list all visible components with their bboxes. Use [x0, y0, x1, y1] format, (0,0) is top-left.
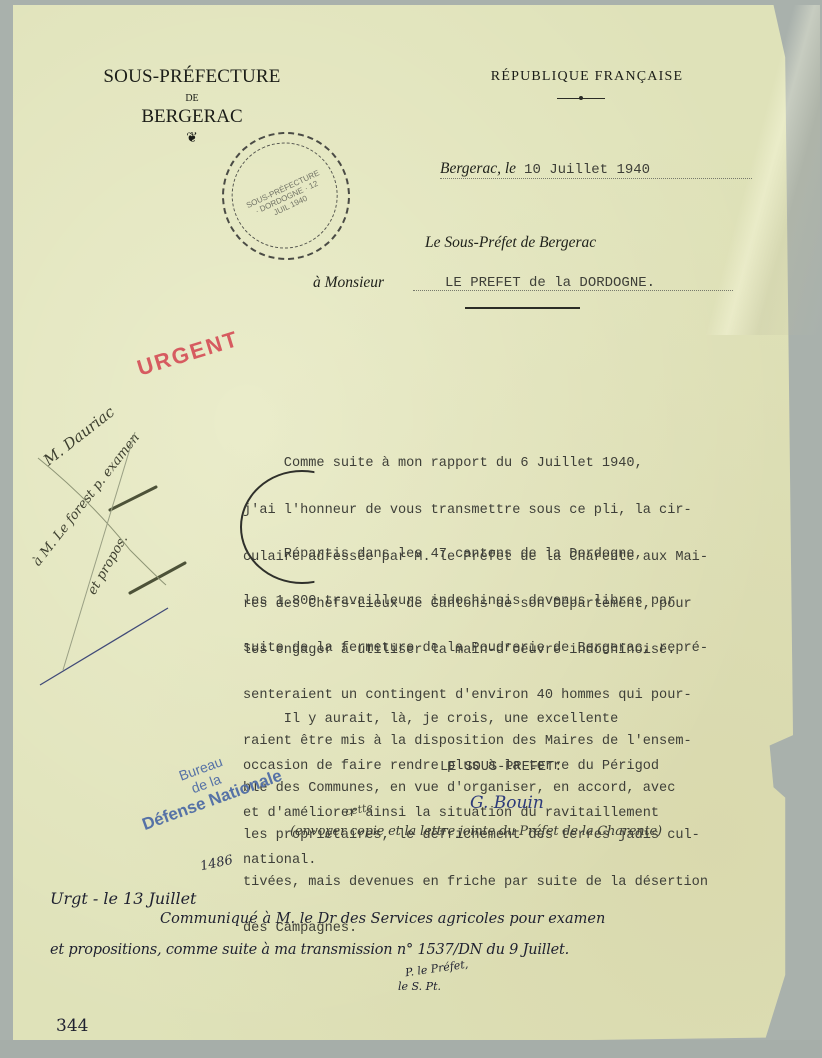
sender-line: Le Sous-Préfet de Bergerac — [425, 234, 596, 252]
recipient-line: à Monsieur LE PREFET de la DORDOGNE. — [313, 274, 733, 292]
margin-pencil-strokes — [30, 420, 250, 700]
body-line: et d'améliorer ainsi la situation du rav… — [243, 806, 659, 822]
body-line: les 1.800 travailleurs indochinois deven… — [243, 594, 708, 610]
office-line-2: DE — [92, 93, 292, 104]
annotation-sign-2: le S. Pt. — [398, 980, 441, 993]
recipient-name: LE PREFET de la DORDOGNE. — [413, 276, 733, 291]
office-line-1: SOUS-PRÉFECTURE — [92, 66, 292, 88]
annotation-line-2: Communiqué à M. le Dr des Services agric… — [160, 911, 605, 927]
body-line: Répartis dans les 47 cantons de la Dordo… — [243, 547, 708, 563]
copy-note: (envoyer copie et la lettre jointe du Pr… — [290, 824, 662, 839]
dateline-prefix: Bergerac, le — [440, 160, 516, 177]
dateline: Bergerac, le 10 Juillet 1940 — [440, 160, 752, 179]
dateline-date: 10 Juillet 1940 — [524, 162, 650, 178]
office-line-3: BERGERAC — [92, 106, 292, 128]
annotation-line-3: et propositions, comme suite à ma transm… — [50, 942, 569, 958]
body-line: Comme suite à mon rapport du 6 Juillet 1… — [243, 456, 708, 472]
republic-title: RÉPUBLIQUE FRANÇAISE — [462, 69, 712, 85]
recipient-underline — [465, 307, 580, 309]
body-line: national. — [243, 853, 659, 869]
signature: G. Bouin — [470, 793, 544, 813]
recipient-prefix: à Monsieur — [313, 274, 384, 291]
annotation-line-1: Urgt - le 13 Juillet — [50, 889, 196, 908]
body-line: Il y aurait, là, je crois, une excellent… — [243, 712, 659, 728]
body-paragraph-3: Il y aurait, là, je crois, une excellent… — [243, 681, 659, 884]
folio-number: 344 — [56, 1016, 88, 1036]
scan-background — [0, 1040, 822, 1058]
divider-dot — [579, 96, 583, 100]
body-line: suite de la fermeture de la Poudrerie de… — [243, 641, 708, 657]
closing-line: LE SOUS-PREFET: — [440, 760, 562, 776]
letterhead: SOUS-PRÉFECTURE DE BERGERAC ❦ — [92, 66, 292, 147]
